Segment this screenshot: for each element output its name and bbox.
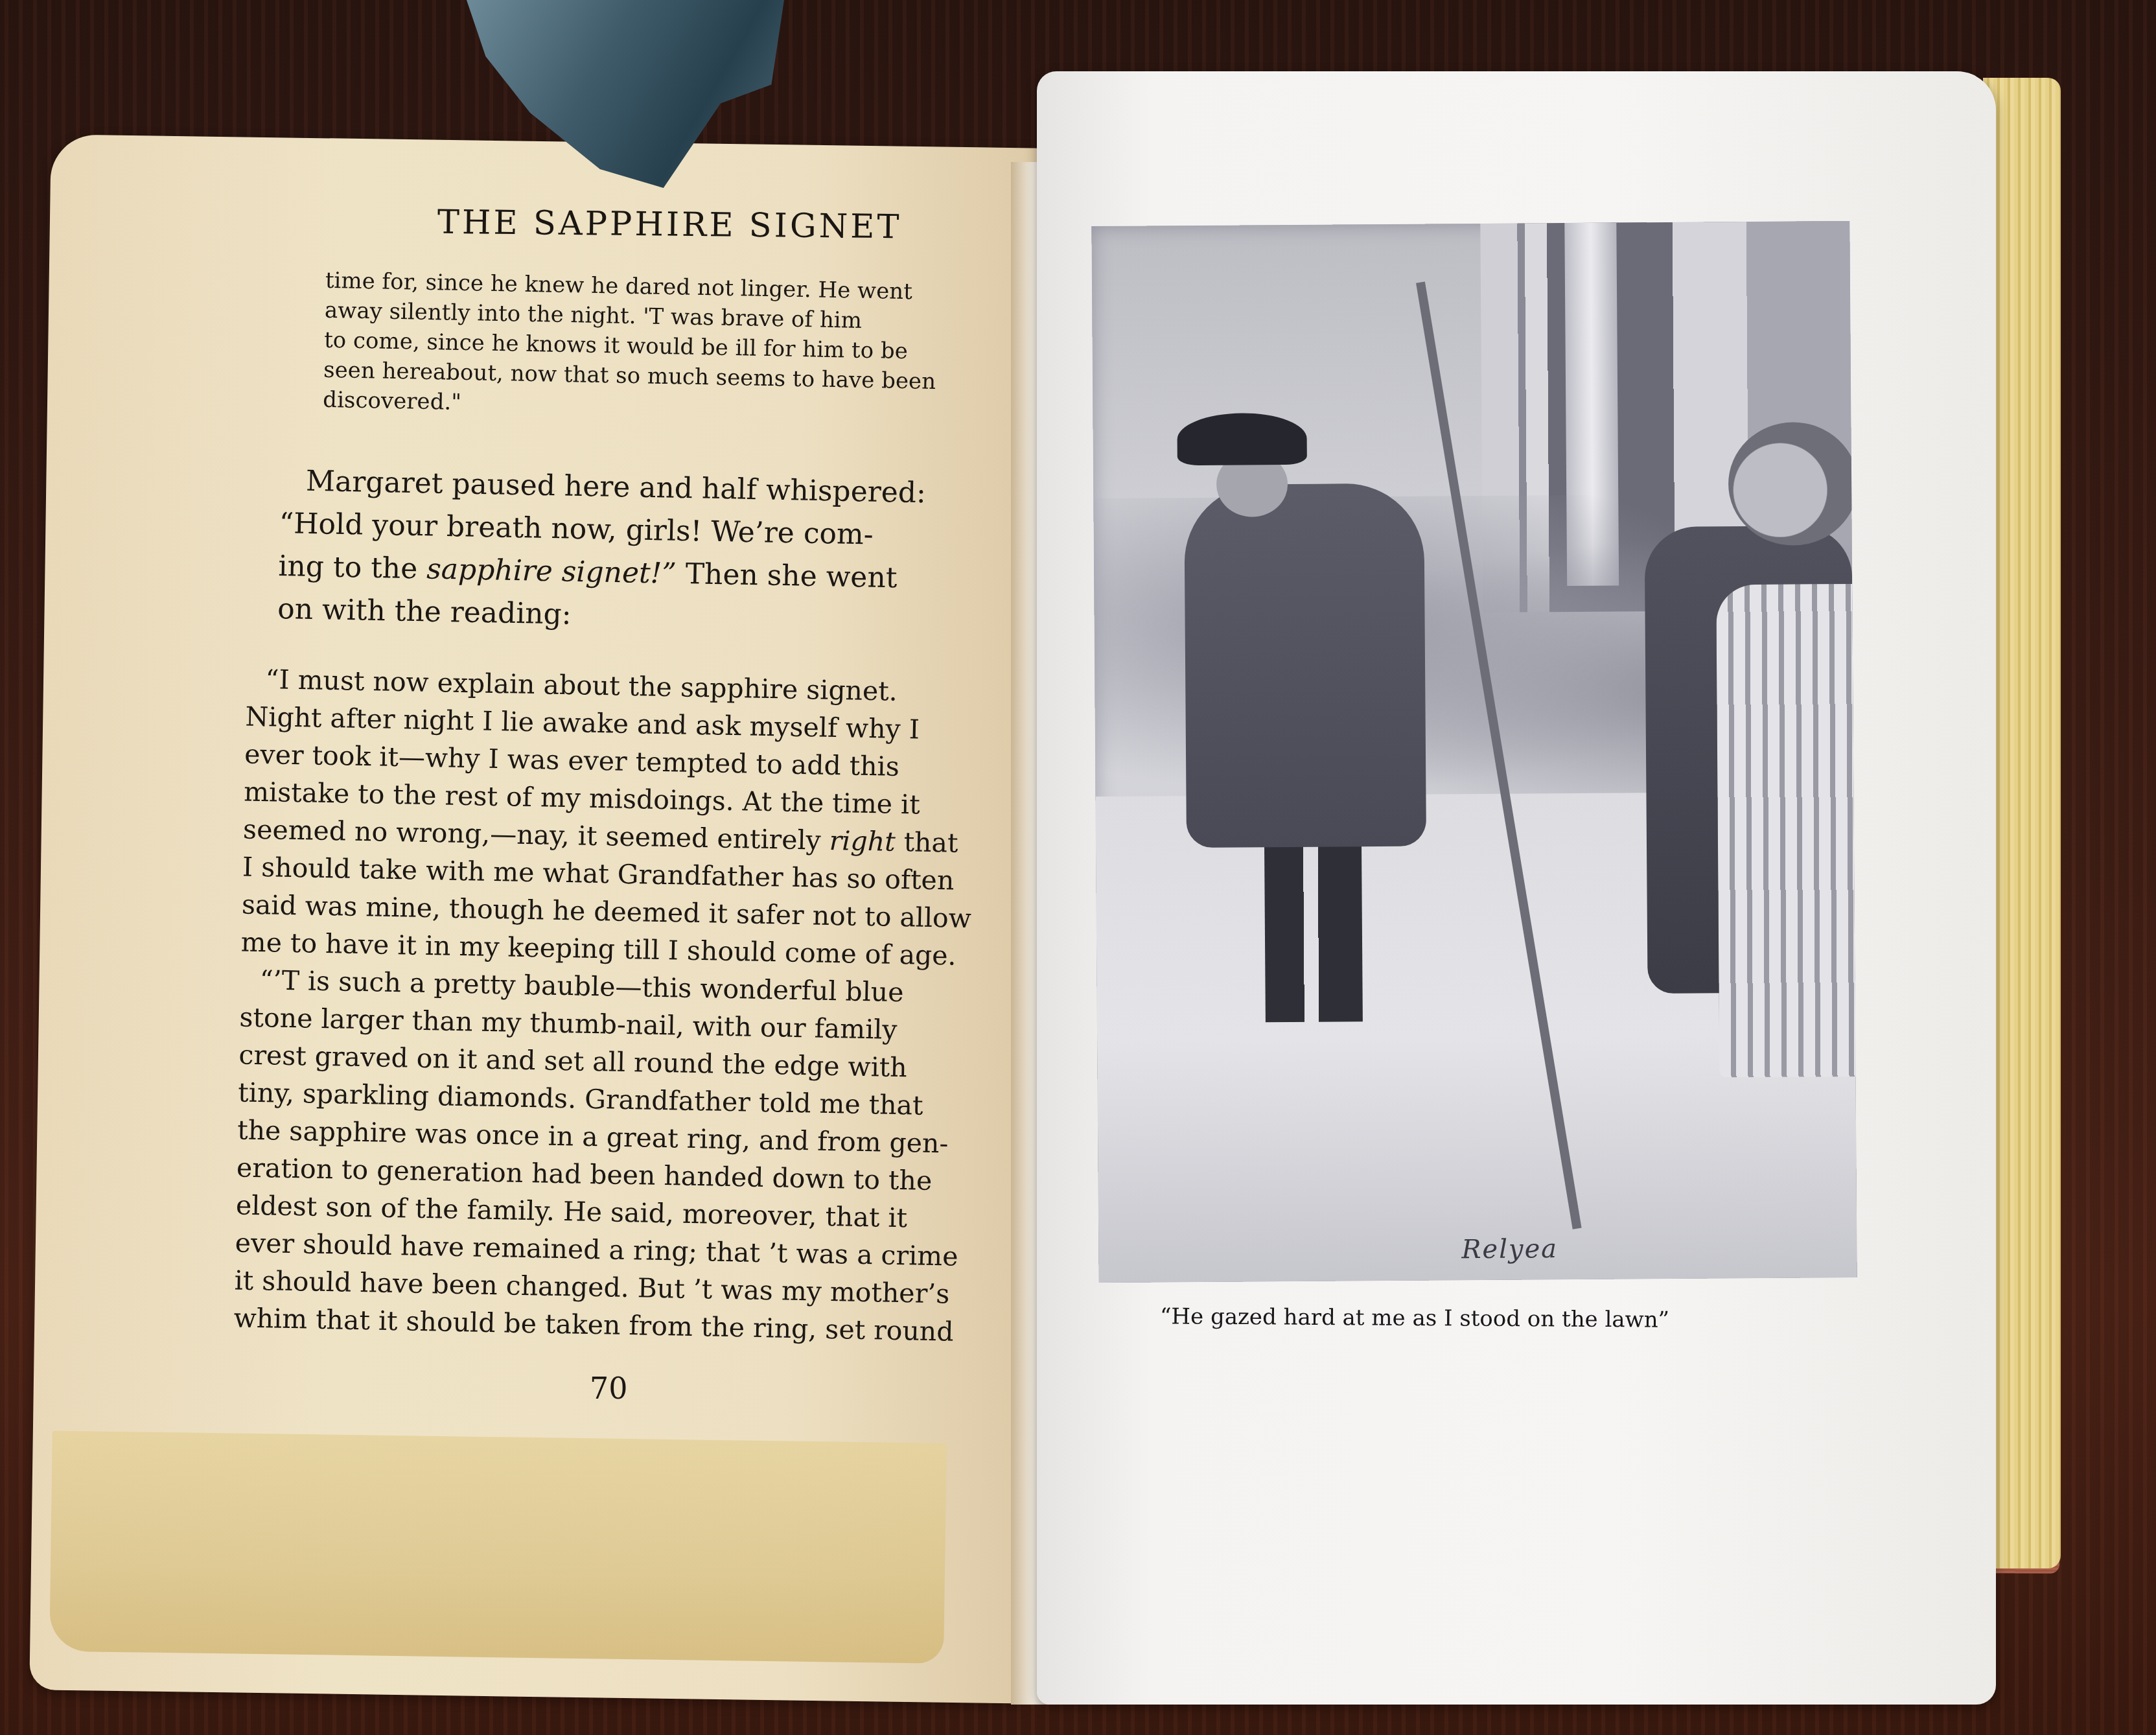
paragraph-2: Margaret paused here and half whispered:… [277, 460, 1019, 645]
illustration-tricorn-hat [1177, 413, 1307, 465]
illustration-man-coat [1184, 483, 1426, 848]
illustration-man-legs [1264, 840, 1363, 1022]
paragraph-3-4: “I must now explain about the sapphire s… [233, 660, 1024, 1352]
illustration-woman-dress [1716, 583, 1857, 1077]
page-number: 70 [590, 1371, 628, 1406]
text-span: ing to the [278, 550, 427, 585]
italic-word: right [829, 825, 896, 857]
paragraph-1: time for, since he knew he dared not lin… [323, 266, 1012, 428]
italic-phrase: sapphire signet!” [426, 552, 677, 590]
water-stain [49, 1431, 947, 1664]
running-head: THE SAPPHIRE SIGNET [437, 204, 956, 247]
illustration-caption: “He gazed hard at me as I stood on the l… [1160, 1303, 1669, 1333]
text-span: Then she went [676, 557, 898, 595]
illustration-woman-head [1728, 422, 1857, 546]
illustration-plate: Relyea [1091, 221, 1857, 1283]
text-span: that [895, 826, 958, 859]
artist-signature: Relyea [1461, 1234, 1558, 1264]
